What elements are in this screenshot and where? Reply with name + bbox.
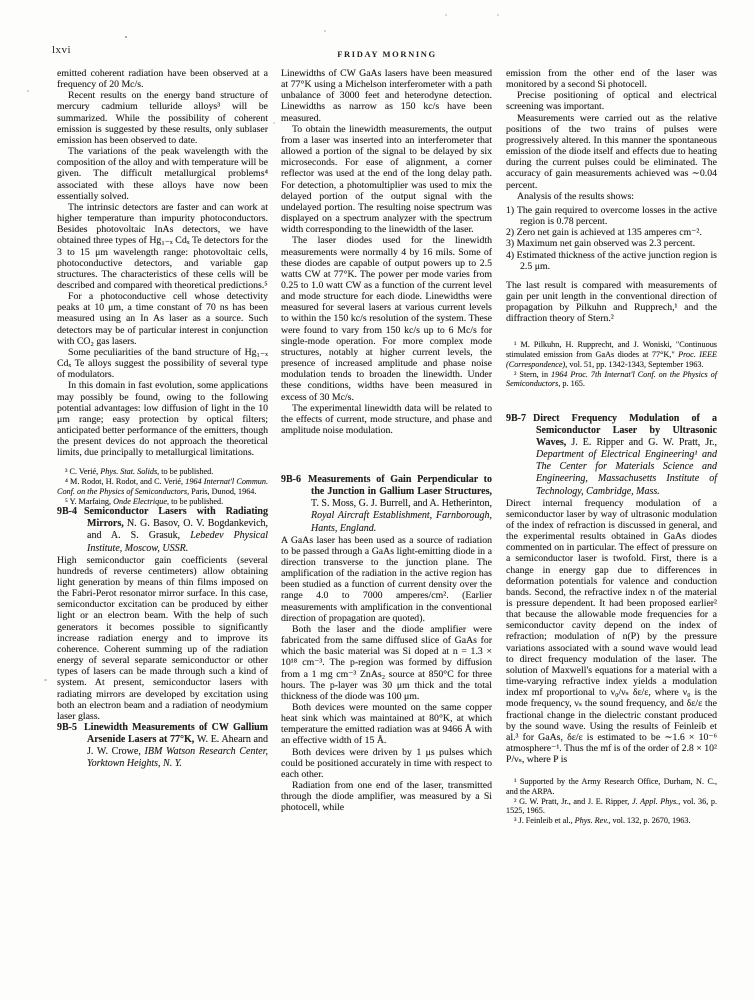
- paragraph: Direct internal frequency modulation of …: [506, 498, 717, 766]
- footnote-text: ¹ Supported by the Army Research Office,…: [506, 777, 717, 796]
- paragraph: emitted coherent radiation have been obs…: [57, 68, 268, 90]
- abstract-id: 9B-5: [57, 722, 77, 733]
- paragraph: The laser diodes used for the linewidth …: [281, 235, 492, 402]
- paragraph: Both devices were mounted on the same co…: [281, 702, 492, 747]
- result-item: 1) The gain required to overcome losses …: [506, 205, 717, 227]
- footnote: ¹ Supported by the Army Research Office,…: [506, 777, 717, 796]
- footnote-text: ⁴ M. Rodot, H. Rodot, and C. Verié,: [65, 477, 183, 486]
- paragraph: To obtain the linewidth measurements, th…: [281, 124, 492, 236]
- column-left: emitted coherent radiation have been obs…: [57, 68, 268, 770]
- scanned-proceedings-page: lxvi FRIDAY MORNING emitted coherent rad…: [0, 0, 755, 1000]
- footnote: ² Stern, in 1964 Proc. 7th Internat'l Co…: [506, 370, 717, 389]
- result-item: 3) Maximum net gain observed was 2.3 per…: [506, 238, 717, 249]
- footnotes-block: ³ C. Verié, Phys. Stat. Solids, to be pu…: [57, 467, 268, 506]
- footnote-source: Onde Electrique: [113, 497, 167, 506]
- abstract-authors: T. S. Moss, G. J. Burrell, and A. Hether…: [311, 498, 492, 509]
- footnote-text: , vol. 51, pp. 1342-1343, September 1963…: [565, 360, 703, 369]
- footnotes-block: ¹ M. Pilkuhn, H. Rupprecht, and J. Wonis…: [506, 340, 717, 389]
- footnote: ⁴ M. Rodot, H. Rodot, and C. Verié, 1964…: [57, 477, 268, 496]
- abstract-affiliation: Royal Aircraft Establishment, Farnboroug…: [311, 510, 492, 533]
- scan-speck: [125, 36, 127, 38]
- footnote-text: , Paris, Dunod, 1964.: [187, 487, 256, 496]
- scan-speck: [497, 14, 499, 16]
- abstract-title: Measurements of Gain Perpendicular to th…: [308, 474, 492, 497]
- paragraph: A GaAs laser has been used as a source o…: [281, 535, 492, 624]
- abstract-id: 9B-7: [506, 413, 526, 424]
- paragraph: The experimental linewidth data will be …: [281, 403, 492, 436]
- numbered-results-list: 1) The gain required to overcome losses …: [506, 205, 717, 272]
- footnote-source: Phys. Rev.: [575, 816, 609, 825]
- paragraph: In this domain in fast evolution, some a…: [57, 380, 268, 458]
- abstract-authors: J. E. Ripper and G. W. Pratt, Jr.,: [571, 437, 717, 448]
- footnote-source: J. Appl. Phys.: [632, 797, 678, 806]
- footnote: ³ J. Feinleib et al., Phys. Rev., vol. 1…: [506, 816, 717, 826]
- paragraph: The variations of the peak wavelength wi…: [57, 146, 268, 202]
- paragraph: Measurements were carried out as the rel…: [506, 113, 717, 191]
- scan-speck: [27, 90, 29, 92]
- footnote: ⁵ Y. Marfaing, Onde Electrique, to be pu…: [57, 497, 268, 507]
- paragraph: Precise positioning of optical and elect…: [506, 90, 717, 112]
- abstract-id: 9B-4: [57, 506, 77, 517]
- paragraph: emission from the other end of the laser…: [506, 68, 717, 90]
- footnote: ² G. W. Pratt, Jr., and J. E. Ripper, J.…: [506, 797, 717, 816]
- paragraph: For a photoconductive cell whose detecti…: [57, 291, 268, 347]
- paragraph: The last result is compared with measure…: [506, 280, 717, 325]
- paragraph: Both devices were driven by 1 μs pulses …: [281, 747, 492, 780]
- abstract-9b5-heading: 9B-5Linewidth Measurements of CW Gallium…: [57, 722, 268, 770]
- result-item: 2) Zero net gain is achieved at 135 ampe…: [506, 227, 717, 238]
- abstract-id: 9B-6: [281, 474, 301, 485]
- abstract-9b4-heading: 9B-4Semiconductor Lasers with Radiating …: [57, 506, 268, 554]
- running-head: FRIDAY MORNING: [57, 49, 717, 59]
- footnote: ¹ M. Pilkuhn, H. Rupprecht, and J. Wonis…: [506, 340, 717, 369]
- footnote: ³ C. Verié, Phys. Stat. Solids, to be pu…: [57, 467, 268, 477]
- footnote-text: ² G. W. Pratt, Jr., and J. E. Ripper,: [514, 797, 629, 806]
- scan-speck: [324, 30, 326, 32]
- scan-speck: [44, 679, 47, 681]
- column-middle: Linewidths of CW GaAs lasers have been m…: [281, 68, 492, 814]
- scan-speck: [273, 122, 275, 124]
- abstract-affiliation: Department of Electrical Engineering¹ an…: [536, 449, 717, 496]
- paragraph: Recent results on the energy band struct…: [57, 90, 268, 146]
- abstract-9b7-heading: 9B-7Direct Frequency Modulation of a Sem…: [506, 413, 717, 498]
- footnote-text: ³ J. Feinleib et al.,: [514, 816, 573, 825]
- footnote-text: , p. 165.: [558, 379, 585, 388]
- result-item: 4) Estimated thickness of the active jun…: [506, 250, 717, 272]
- paragraph: Some peculiarities of the band structure…: [57, 347, 268, 380]
- footnote-source: Phys. Stat. Solids: [100, 467, 157, 476]
- footnote-text: ³ C. Verié,: [65, 467, 98, 476]
- paragraph: Linewidths of CW GaAs lasers have been m…: [281, 68, 492, 124]
- paragraph: High semiconductor gain coefficients (se…: [57, 555, 268, 722]
- abstract-9b6-heading: 9B-6Measurements of Gain Perpendicular t…: [281, 474, 492, 534]
- paragraph: Radiation from one end of the laser, tra…: [281, 780, 492, 813]
- footnote-text: ⁵ Y. Marfaing,: [65, 497, 111, 506]
- paragraph: The intrinsic detectors are faster and c…: [57, 202, 268, 291]
- paragraph: Analysis of the results shows:: [506, 191, 717, 202]
- footnote-text: ² Stern, in: [514, 370, 548, 379]
- scan-speck: [445, 14, 447, 16]
- paragraph: Both the laser and the diode amplifier w…: [281, 624, 492, 702]
- footnotes-block: ¹ Supported by the Army Research Office,…: [506, 777, 717, 826]
- footnote-text: , to be published.: [167, 497, 223, 506]
- footnote-text: , vol. 132, p. 2670, 1963.: [608, 816, 690, 825]
- footnote-text: , to be published.: [157, 467, 213, 476]
- column-right: emission from the other end of the laser…: [506, 68, 717, 826]
